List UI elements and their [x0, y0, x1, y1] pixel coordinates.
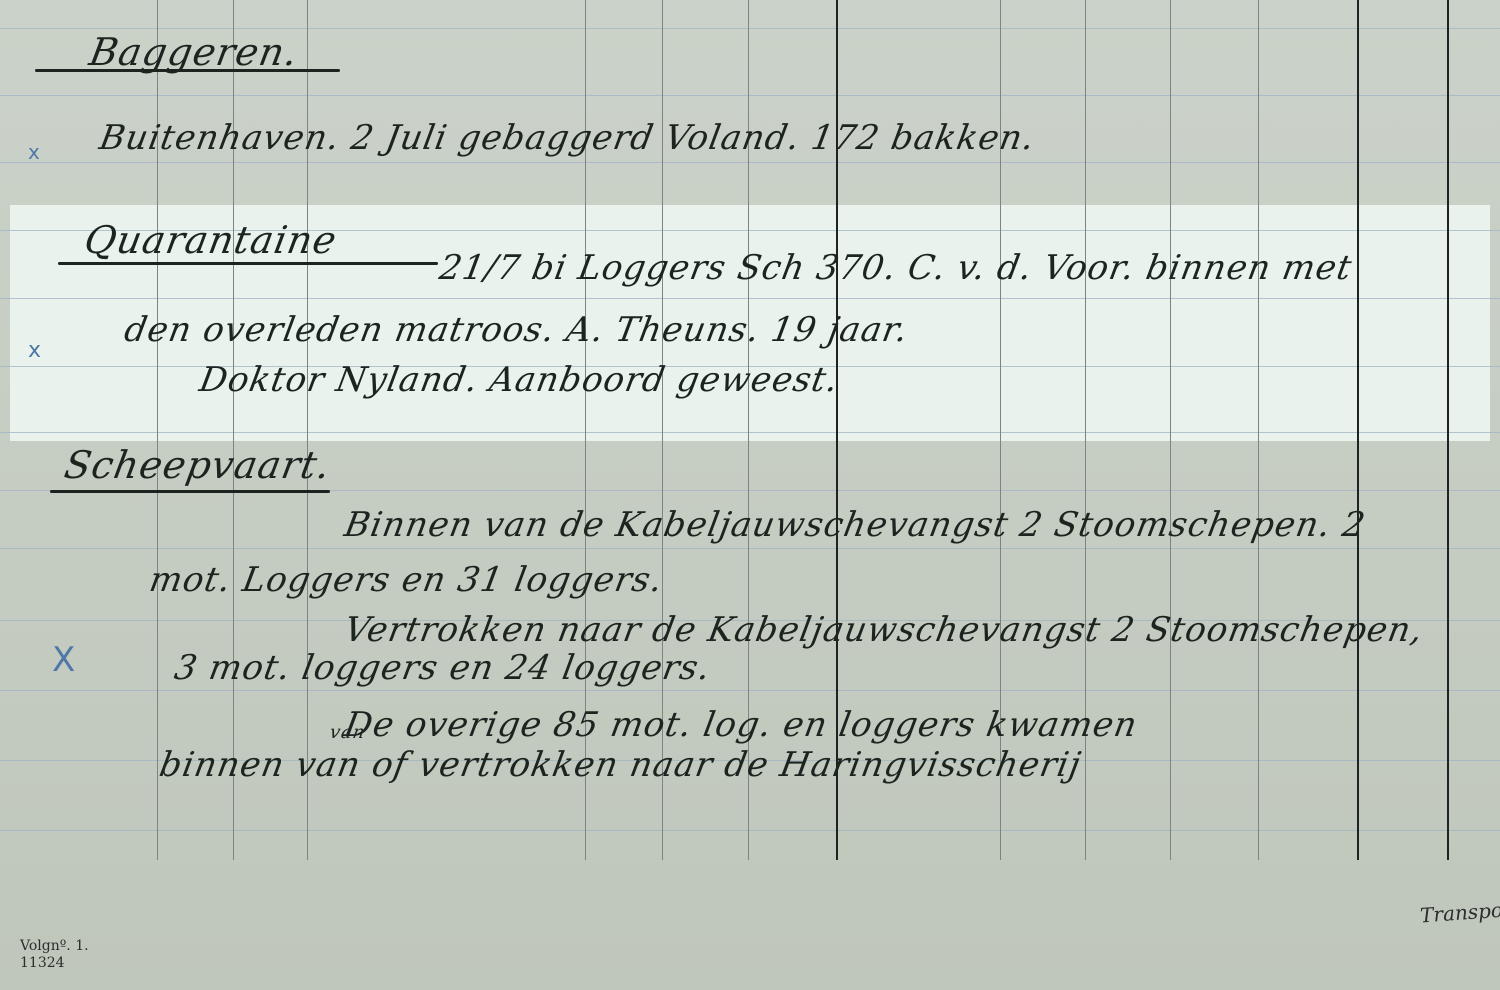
- form-number-label: Volgnº. 1.: [20, 938, 89, 955]
- column-rule: [1170, 0, 1171, 860]
- entry-line: Doktor Nyland. Aanboord geweest.: [196, 360, 841, 400]
- column-rule: [1258, 0, 1259, 860]
- column-rule-bold: [1447, 0, 1449, 860]
- section-heading-quarantaine: Quarantaine: [81, 218, 340, 262]
- heading-underline: [50, 490, 330, 493]
- entry-line: 3 mot. loggers en 24 loggers.: [171, 648, 713, 688]
- entry-line: Vertrokken naar de Kabeljauwschevangst 2…: [341, 610, 1426, 650]
- ruled-line: [0, 548, 1500, 549]
- section-heading-baggeren: Baggeren.: [86, 30, 302, 74]
- entry-line: Binnen van de Kabeljauwschevangst 2 Stoo…: [341, 505, 1368, 545]
- interlinear-insertion: van: [328, 722, 367, 743]
- entry-line: mot. Loggers en 31 loggers.: [146, 560, 666, 600]
- entry-line: De overige 85 mot. log. en loggers kwame…: [341, 705, 1140, 745]
- ledger-page: Baggeren. x Buitenhaven. 2 Juli gebagger…: [0, 0, 1500, 990]
- heading-underline: [58, 262, 438, 265]
- print-code: 11324: [20, 955, 89, 972]
- entry-line: Buitenhaven. 2 Juli gebaggerd Voland. 17…: [96, 118, 1038, 158]
- transport-label: Transport: [1419, 897, 1500, 928]
- column-rule-bold: [1357, 0, 1359, 860]
- ruled-line: [0, 28, 1500, 29]
- check-mark-icon: x: [28, 338, 41, 363]
- ruled-line: [0, 432, 1500, 433]
- ruled-line: [0, 95, 1500, 96]
- ruled-line: [0, 162, 1500, 163]
- check-mark-icon: X: [52, 640, 75, 680]
- check-mark-icon: x: [28, 140, 40, 164]
- entry-line: 21/7 bi Loggers Sch 370. C. v. d. Voor. …: [436, 248, 1355, 288]
- form-number: Volgnº. 1. 11324: [20, 938, 89, 972]
- heading-underline: [35, 69, 340, 72]
- entry-line: den overleden matroos. A. Theuns. 19 jaa…: [121, 310, 911, 350]
- ruled-line: [0, 298, 1500, 299]
- ruled-line: [0, 690, 1500, 691]
- entry-line: binnen van of vertrokken naar de Haringv…: [156, 745, 1084, 785]
- ruled-line: [0, 830, 1500, 831]
- section-heading-scheepvaart: Scheepvaart.: [61, 443, 334, 487]
